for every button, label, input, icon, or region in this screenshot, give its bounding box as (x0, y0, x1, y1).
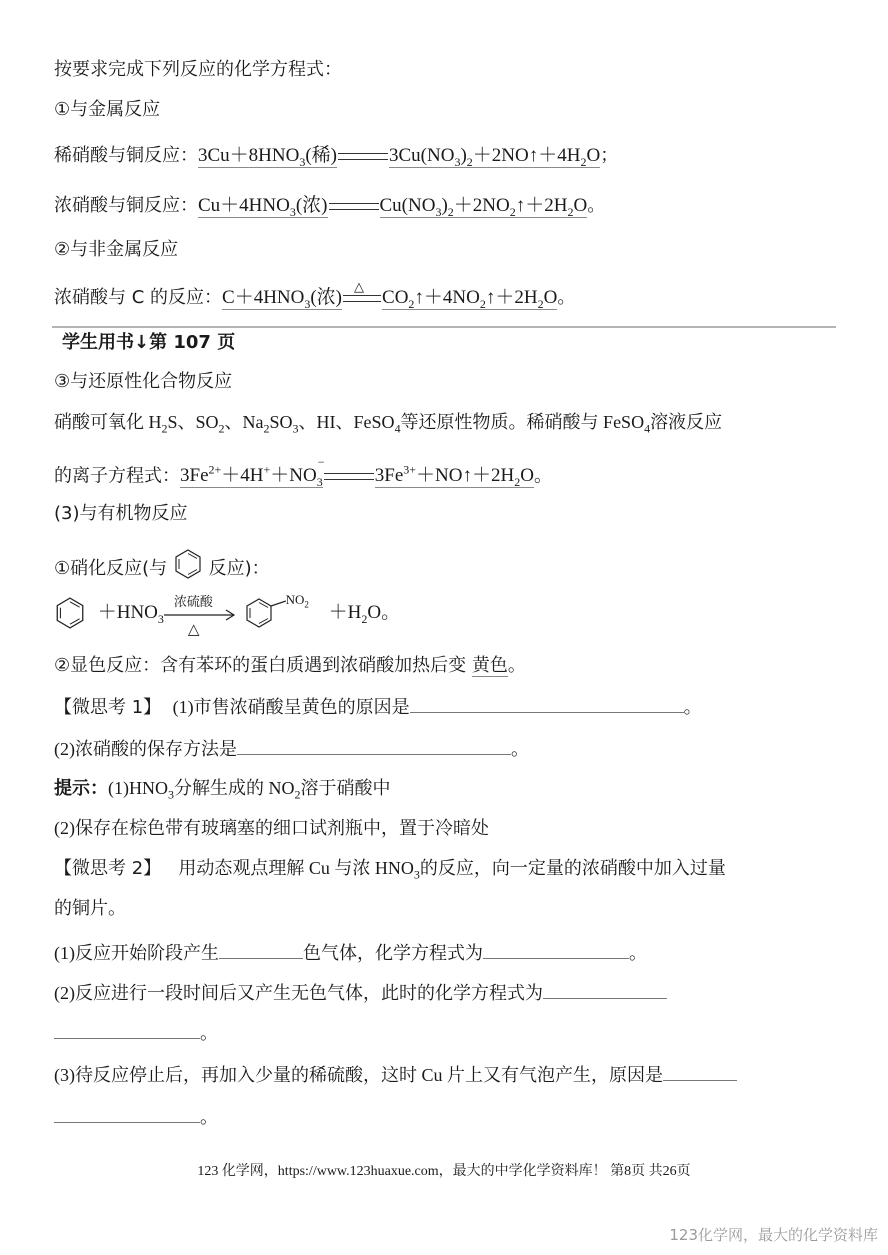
equals-sign-heat: △ (343, 295, 381, 302)
reducing-paragraph-line1: 硝酸可氧化 H2S、SO2、Na2SO3、HI、FeSO4等还原性物质。稀硝酸与… (54, 410, 722, 441)
equals-sign (324, 473, 374, 480)
reaction-arrow: 浓硫酸△ (164, 593, 238, 633)
think2-q3: (3)待反应停止后，再加入少量的稀硫酸，这时 Cu 片上又有气泡产生，原因是 (54, 1062, 737, 1087)
watermark: 123化学网，最大的化学资料库 (669, 1224, 878, 1245)
section-heading-metal: ①与金属反应 (54, 98, 160, 122)
answer-blank[interactable] (663, 1062, 737, 1081)
equation-left: C＋4HNO3(浓) (222, 287, 342, 310)
think1-q1: 【微思考 1】 (1)市售浓硝酸呈黄色的原因是。 (54, 694, 702, 720)
think2-q2-cont: 。 (54, 1020, 218, 1045)
carbon-nitric-equation: 浓硝酸与 C 的反应：C＋4HNO3(浓)△CO2↑＋4NO2↑＋2H2O。 (54, 286, 575, 316)
think1-hint2: (2)保存在棕色带有玻璃塞的细口试剂瓶中，置于冷暗处 (54, 816, 489, 840)
conc-nitric-copper-equation: 浓硝酸与铜反应：Cu＋4HNO3(浓)Cu(NO3)2＋2NO2↑＋2H2O。 (54, 194, 605, 224)
answer-blank[interactable] (410, 694, 684, 713)
equals-sign (329, 203, 379, 210)
think2-q1: (1)反应开始阶段产生色气体，化学方程式为。 (54, 940, 647, 965)
nitro-group-label: NO2 (286, 592, 309, 607)
equation-left: 3Cu＋8HNO3(稀) (198, 145, 337, 168)
equation-right: Cu(NO3)2＋2NO2↑＋2H2O (380, 195, 588, 218)
answer-blank[interactable] (543, 980, 667, 999)
think1-tag: 【微思考 1】 (54, 697, 161, 718)
equation-left: 3Fe2+＋4H+＋NO3− (180, 465, 323, 488)
think2-q3-cont: 。 (54, 1104, 218, 1129)
equation-right: CO2↑＋4NO2↑＋2H2O (382, 287, 557, 310)
page-footer: 123 化学网，https://www.123huaxue.com，最大的中学化… (0, 1160, 888, 1180)
think1-hint1: 提示：(1)HNO3分解生成的 NO2溶于硝酸中 (54, 776, 391, 807)
think2-q2: (2)反应进行一段时间后又产生无色气体，此时的化学方程式为 (54, 980, 667, 1005)
color-reaction: ②显色反应：含有苯环的蛋白质遇到浓硝酸加热后变 黄色。 (54, 654, 526, 678)
equals-sign (338, 153, 388, 160)
nitration-label: ①硝化反应(与 反应)： (54, 548, 270, 581)
nitrobenzene-ring-icon (244, 596, 286, 630)
think2-tag: 【微思考 2】 (54, 858, 161, 879)
section-heading-reducing: ③与还原性化合物反应 (54, 370, 232, 394)
equation-right: 3Cu(NO3)2＋2NO↑＋4H2O (389, 145, 600, 168)
section-divider (52, 326, 836, 328)
heat-triangle-icon: △ (354, 276, 364, 300)
dilute-nitric-copper-equation: 稀硝酸与铜反应：3Cu＋8HNO3(稀)3Cu(NO3)2＋2NO↑＋4H2O； (54, 144, 618, 174)
heat-triangle-icon: △ (188, 617, 200, 641)
section-heading-organic: (3)与有机物反应 (54, 502, 188, 526)
ionic-equation: 的离子方程式：3Fe2+＋4H+＋NO3−3Fe3+＋NO↑＋2H2O。 (54, 458, 552, 494)
equation-left: Cu＋4HNO3(浓) (198, 195, 328, 218)
answer-blank[interactable] (54, 1104, 200, 1123)
down-arrow-icon: ↓ (134, 332, 149, 353)
answer-blank[interactable] (483, 940, 629, 959)
think2-intro: 【微思考 2】 用动态观点理解 Cu 与浓 HNO3的反应，向一定量的浓硝酸中加… (54, 856, 726, 887)
page-marker: 学生用书↓第 107 页 (62, 331, 235, 355)
answer-yellow: 黄色 (472, 655, 508, 677)
think2-intro-line2: 的铜片。 (54, 896, 126, 920)
equation-right: 3Fe3+＋NO↑＋2H2O (375, 465, 534, 488)
intro-text: 按要求完成下列反应的化学方程式： (54, 58, 342, 82)
nitration-equation: ＋HNO3浓硫酸△ NO2 ＋H2O。 (54, 588, 400, 632)
benzene-ring-icon (173, 548, 203, 580)
answer-blank[interactable] (219, 940, 303, 959)
benzene-ring-icon (54, 596, 86, 630)
answer-blank[interactable] (54, 1020, 200, 1039)
think1-q2: (2)浓硝酸的保存方法是。 (54, 736, 529, 761)
answer-blank[interactable] (237, 736, 511, 755)
right-arrow-icon (164, 593, 238, 633)
section-heading-nonmetal: ②与非金属反应 (54, 238, 178, 262)
